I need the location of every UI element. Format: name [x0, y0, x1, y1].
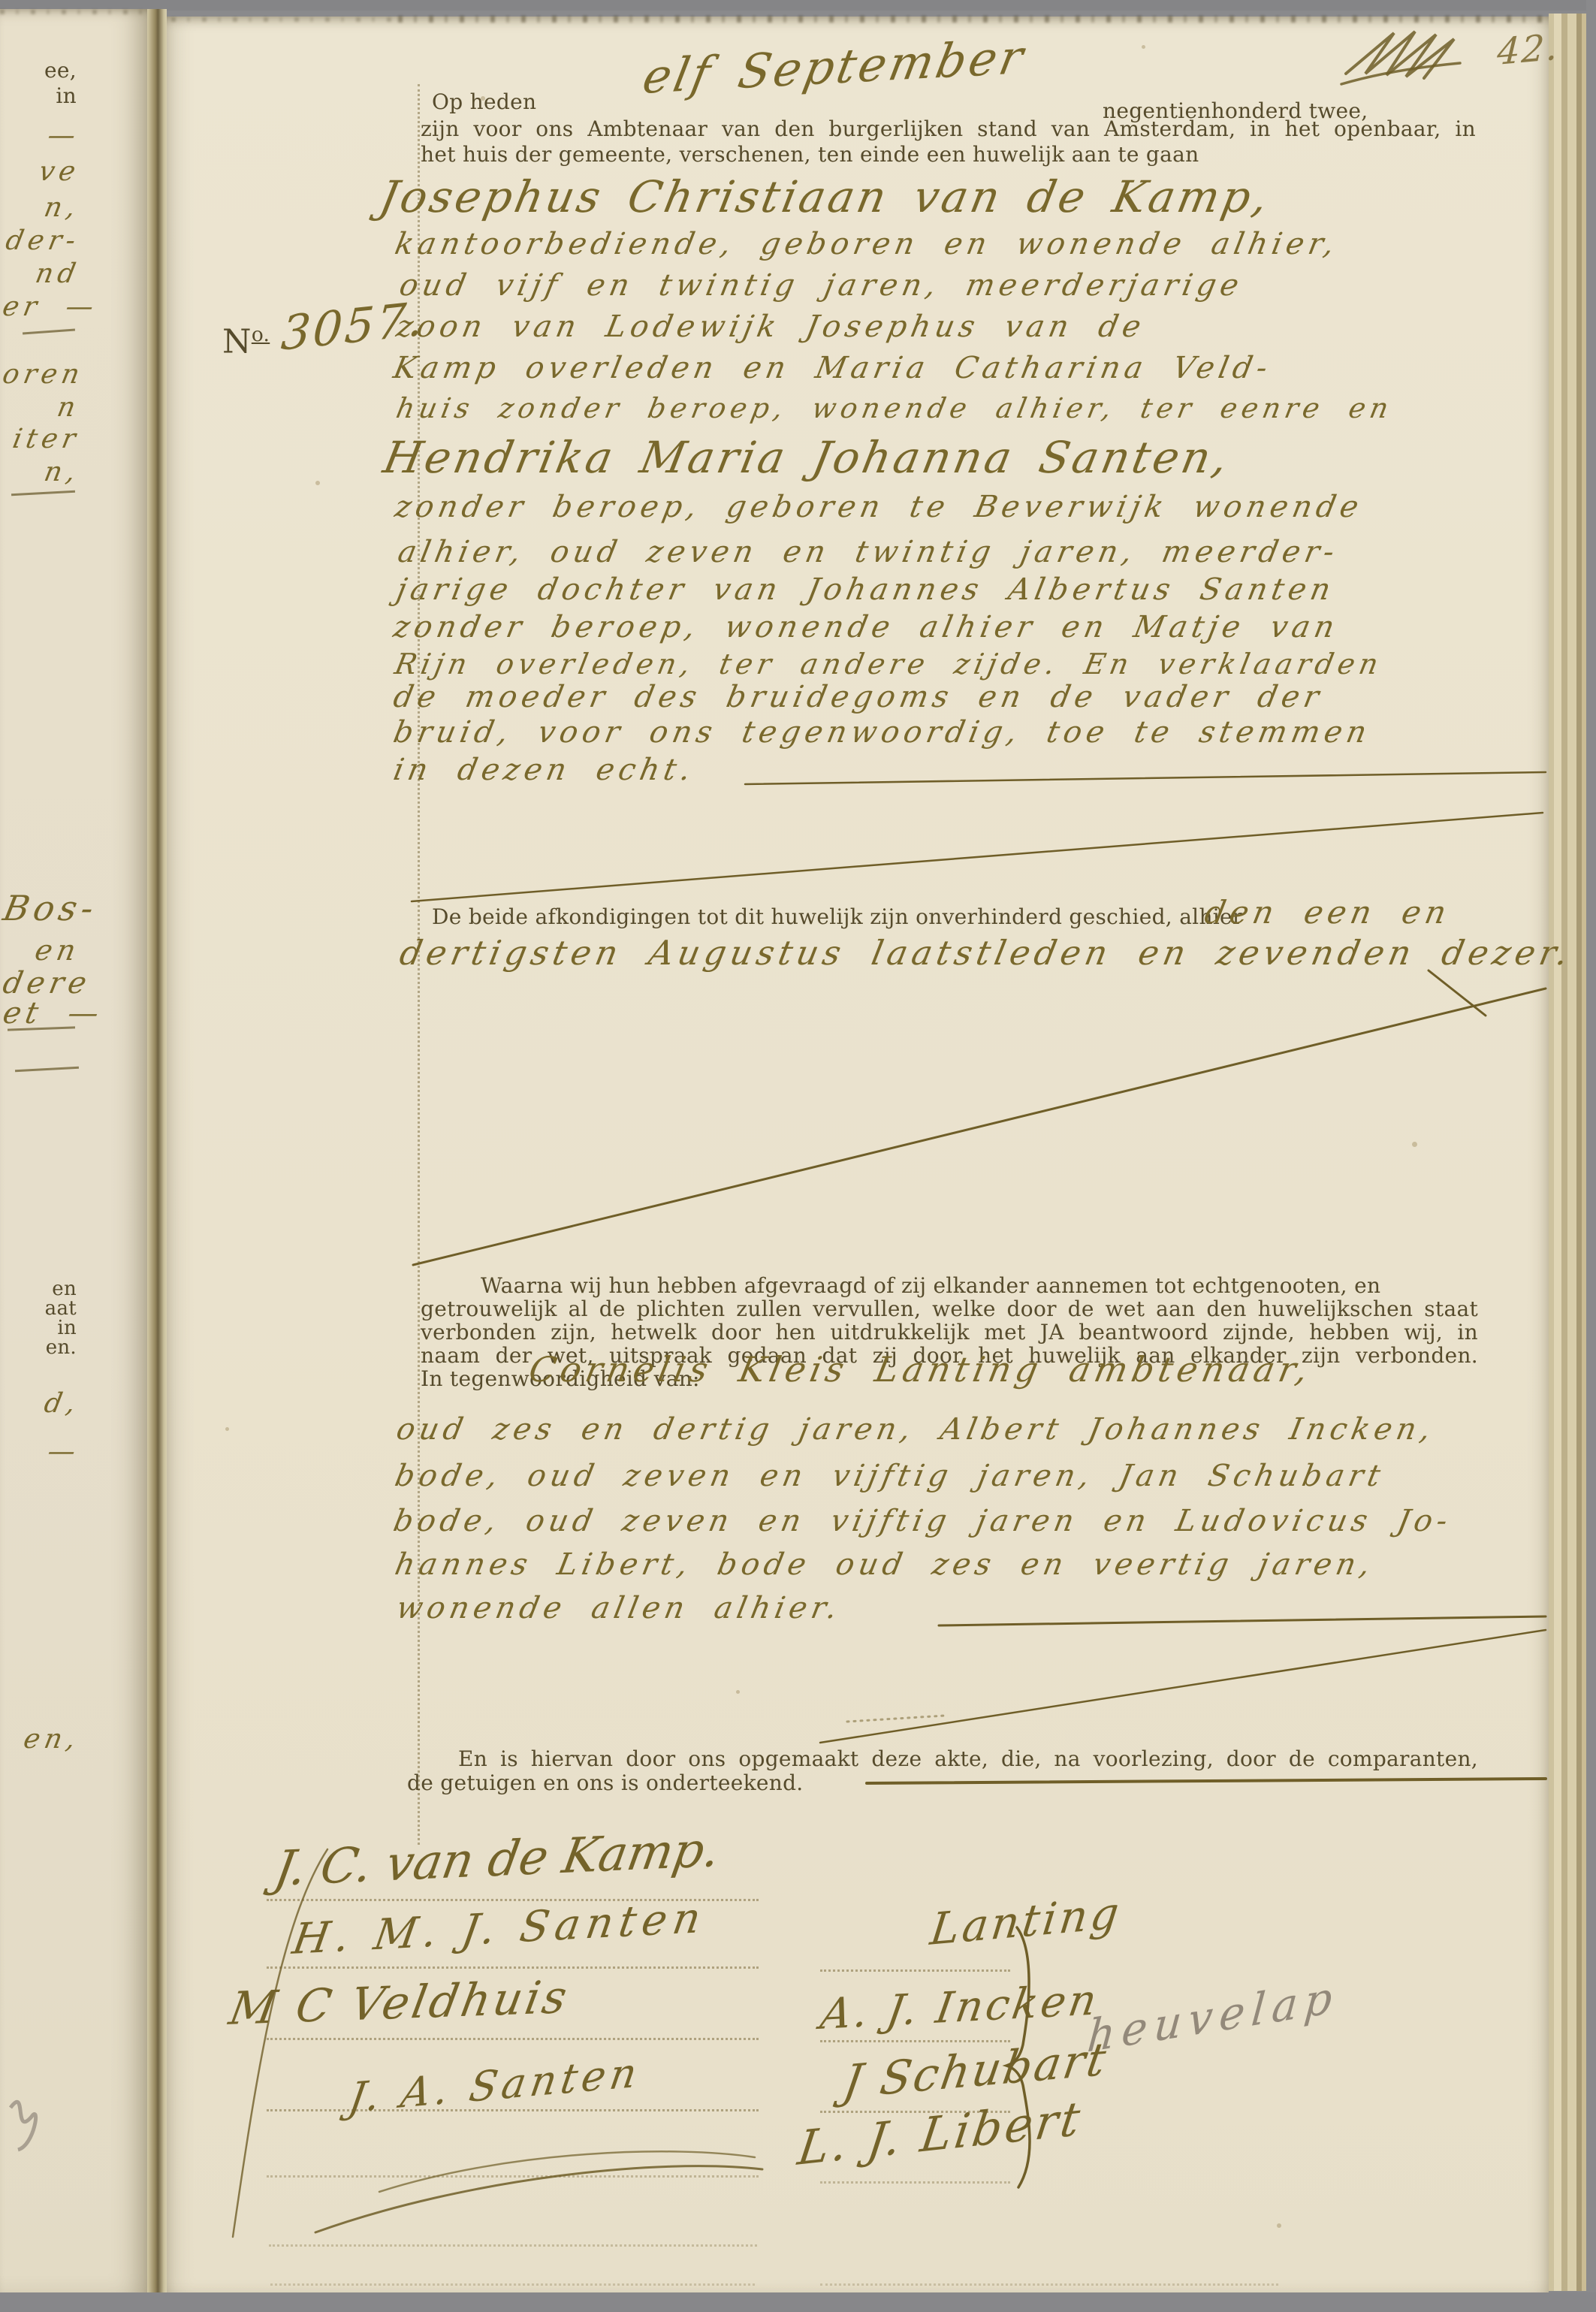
act-line-4: zoon van Lodewijk Josephus van de [394, 309, 1148, 344]
margin-fragment-handwritten: der- [0, 225, 83, 256]
margin-fragment-handwritten: d, [0, 1388, 83, 1419]
act-number-label: No. [222, 323, 270, 355]
signature-dotted-line [269, 2244, 757, 2247]
margin-fragment-printed: en. [0, 1336, 77, 1360]
vows-line-1: Waarna wij hun hebben afgevraagd of zij … [481, 1274, 1380, 1298]
margin-fragment-handwritten: oren [0, 359, 83, 390]
margin-fragment-handwritten: n, [0, 192, 83, 223]
margin-fragment-handwritten: n [0, 392, 83, 423]
act-line-6: huis zonder beroep, wonende alhier, ter … [394, 392, 1395, 424]
signature-dotted-line [820, 2040, 1010, 2042]
margin-fragment-handwritten: en [0, 934, 83, 967]
signature-dotted-line [267, 1966, 759, 1969]
margin-fragment-handwritten: er — [0, 291, 83, 322]
witness-line-2: oud zes en dertig jaren, Albert Johannes… [394, 1412, 1438, 1447]
act-line-14: bruid, voor ons tegenwoordig, toe te ste… [391, 715, 1374, 750]
page-stack-edge [1576, 14, 1582, 2291]
scanner-background-top [0, 0, 1596, 11]
vows-line-3: verbonden zijn, hetwelk door hen uitdruk… [421, 1320, 1478, 1345]
page-edge-dirt [398, 16, 1547, 23]
page-edge-dirt [0, 10, 147, 14]
act-line-8: zonder beroep, geboren te Beverwijk wone… [392, 490, 1366, 524]
header-line-3: het huis der gemeente, verschenen, ten e… [421, 143, 1199, 167]
paper-speckle [1412, 1142, 1417, 1147]
margin-fragment-handwritten: nd [0, 258, 83, 289]
paper-speckle [315, 481, 320, 485]
witness-line-1: Cornelis Kleis Lanting ambtenaar, [526, 1349, 1316, 1390]
scanner-background-right [1586, 0, 1596, 2312]
margin-fragment-handwritten: Bos- [0, 888, 84, 928]
scan-background: { "colors":{ "background":"#8a8a8c", "pa… [0, 0, 1596, 2312]
act-line-13: de moeder des bruidegoms en de vader der [391, 680, 1326, 714]
book-gutter [147, 9, 167, 2292]
signature-dotted-line [820, 1969, 1010, 1972]
act-line-11: zonder beroep, wonende alhier en Matje v… [391, 610, 1341, 644]
closing-line-1: En is hiervan door ons opgemaakt deze ak… [458, 1747, 1478, 1771]
margin-fragment-handwritten: en, [0, 1724, 83, 1755]
margin-fragment-handwritten: — [0, 1436, 83, 1467]
act-line-1-groom-name: Josephus Christiaan van de Kamp, [376, 171, 1275, 222]
act-line-15: in dezen echt. [391, 753, 698, 787]
witness-line-4: bode, oud zeven en vijftig jaren en Ludo… [391, 1504, 1455, 1538]
paper-speckle [1142, 45, 1145, 49]
act-line-5: Kamp overleden en Maria Catharina Veld- [391, 351, 1275, 385]
act-line-7-bride-name: Hendrika Maria Johanna Santen, [379, 432, 1235, 483]
left-page-edge [0, 9, 147, 2292]
margin-fragment-printed: ee, [0, 59, 77, 83]
margin-fragment-handwritten: ve [0, 156, 83, 187]
signature-dotted-line [267, 2109, 759, 2111]
vows-line-2: getrouwelijk al de plichten zullen vervu… [421, 1297, 1478, 1321]
page-stack-edge [1554, 14, 1561, 2291]
margin-fragment-handwritten: n, [0, 457, 83, 487]
page-stack-edge [1561, 14, 1567, 2291]
announcement-handwritten-inline: den een en [1202, 894, 1454, 931]
act-number-o: o. [252, 323, 270, 346]
witness-line-6: wonende allen alhier. [394, 1591, 844, 1625]
page-number: 42. [1496, 26, 1560, 74]
margin-fragment-printed: in [0, 84, 77, 108]
act-line-12: Rijn overleden, ter andere zijde. En ver… [392, 647, 1386, 681]
margin-fragment-handwritten: — [0, 120, 83, 151]
witness-line-5: hannes Libert, bode oud zes en veertig j… [392, 1547, 1377, 1582]
witness-line-3: bode, oud zeven en vijftig jaren, Jan Sc… [392, 1459, 1388, 1493]
signature-dotted-line [270, 2283, 755, 2286]
page-edge-dirt [171, 17, 397, 22]
signature-dotted-line [267, 2175, 759, 2178]
act-line-9: alhier, oud zeven en twintig jaren, meer… [395, 535, 1341, 569]
closing-line-2: de getuigen en ons is onderteekend. [407, 1771, 804, 1795]
act-number-n: N [222, 323, 252, 361]
act-line-2: kantoorbediende, geboren en wonende alhi… [392, 227, 1341, 261]
signature-dotted-line [820, 2181, 1010, 2184]
header-line-2: zijn voor ons Ambtenaar van den burgerli… [421, 117, 1476, 141]
paper-speckle [225, 1427, 229, 1431]
margin-fragment-handwritten: et — [0, 996, 83, 1031]
signature-dotted-line [267, 2038, 759, 2040]
paper-speckle [736, 1690, 740, 1694]
margin-fragment-handwritten: iter [0, 424, 83, 454]
act-line-3: oud vijf en twintig jaren, meerderjarige [397, 268, 1246, 303]
scanner-background-bottom [0, 2292, 1596, 2312]
header-op-heden: Op heden [432, 90, 536, 114]
announcement-printed: De beide afkondigingen tot dit huwelijk … [432, 905, 1243, 929]
paper-speckle [1277, 2223, 1281, 2228]
page-stack-edge [1549, 14, 1554, 2291]
act-line-10: jarige dochter van Johannes Albertus San… [394, 572, 1338, 607]
page-stack-edge [1567, 14, 1576, 2291]
signature-dotted-line [820, 2283, 1278, 2286]
announcement-handwritten-line-2: dertigsten Augustus laatstleden en zeven… [397, 933, 1576, 973]
